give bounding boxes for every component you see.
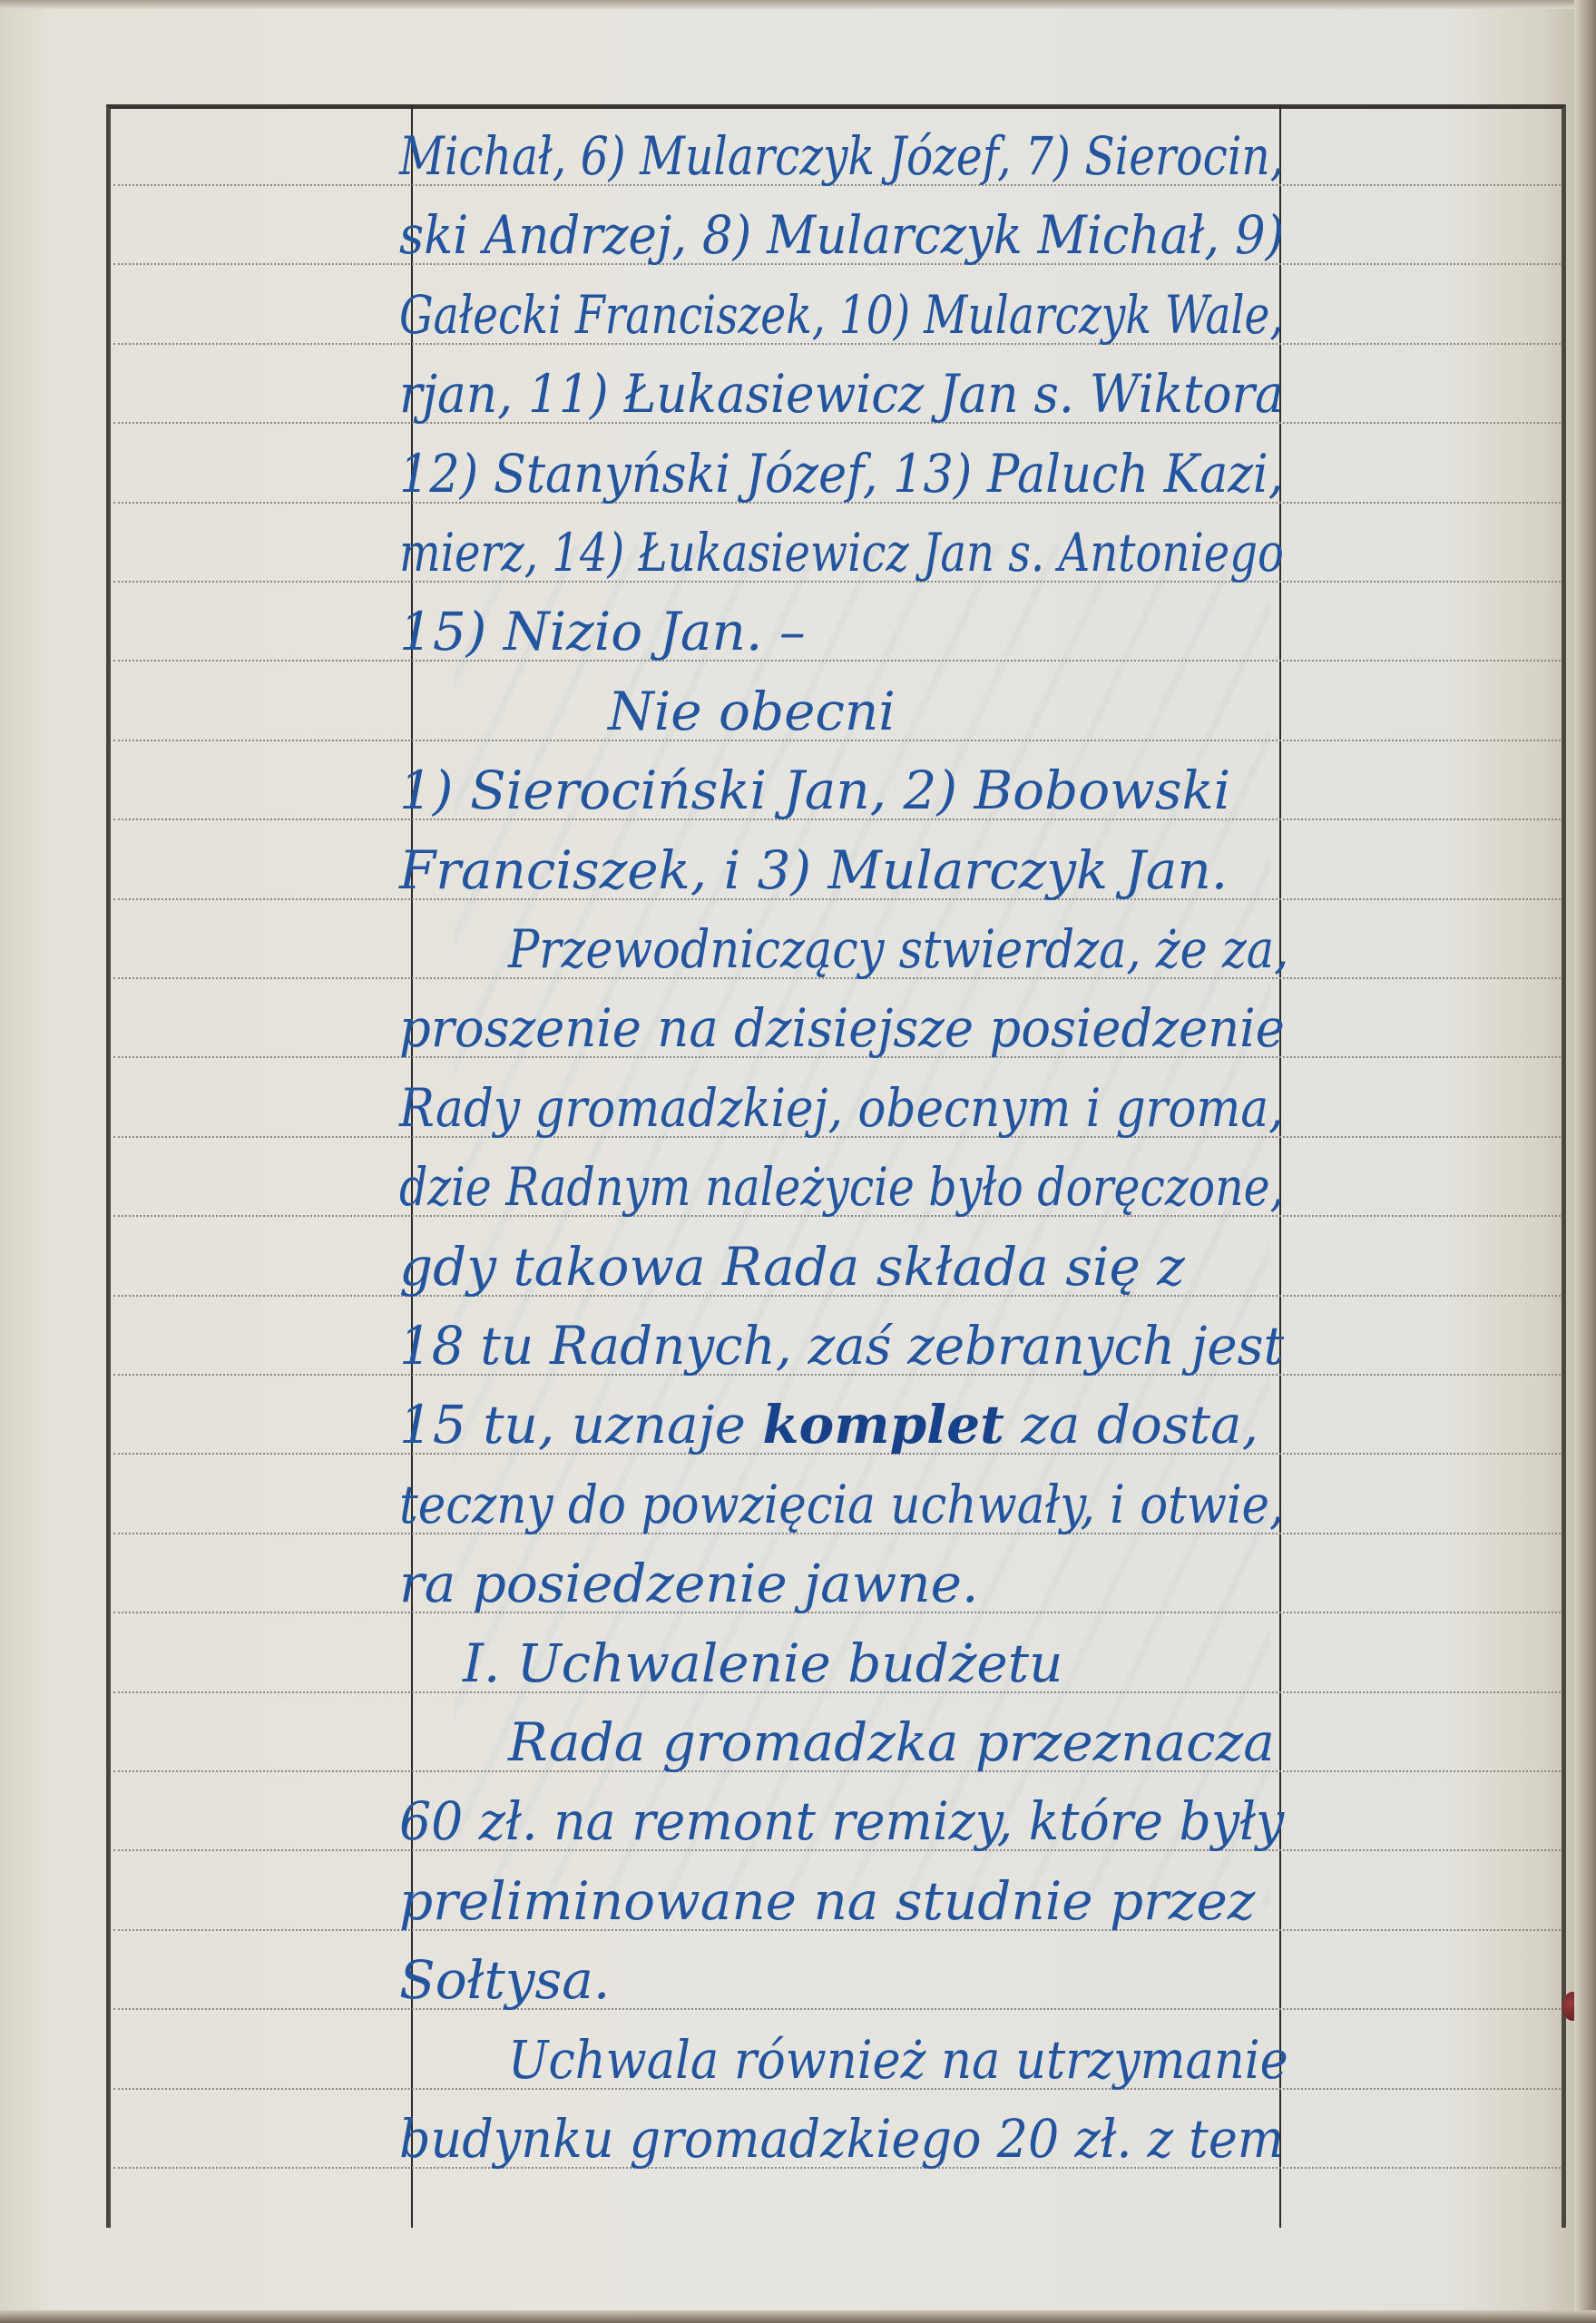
emphasized-word: komplet	[762, 1394, 1004, 1456]
text-line: proszenie na dzisiejsze posiedzenie	[399, 1002, 1285, 1054]
page-right-edge	[1574, 0, 1596, 2323]
text-line-komplet: 15 tu, uznaje komplet za dosta,	[399, 1398, 1258, 1451]
section-heading-absent: Nie obecni	[608, 685, 896, 738]
text-line: 60 zł. na remont remizy, które były	[399, 1795, 1284, 1848]
ledger-page: Michał, 6) Mularczyk Józef, 7) Sierocin,…	[0, 0, 1596, 2323]
text-line: Franciszek, i 3) Mularczyk Jan.	[399, 844, 1228, 897]
text-line: preliminowane na studnie przez	[399, 1875, 1255, 1927]
text-line: Uchwala również na utrzymanie	[508, 2034, 1288, 2086]
text-fragment: 15 tu, uznaje	[399, 1394, 762, 1456]
text-line: dzie Radnym należycie było doręczone,	[399, 1161, 1284, 1213]
text-line: Rady gromadzkiej, obecnym i groma,	[399, 1082, 1284, 1134]
page-bottom-edge	[0, 2310, 1596, 2323]
text-line: mierz, 14) Łukasiewicz Jan s. Antoniego	[399, 526, 1284, 579]
text-line: teczny do powzięcia uchwały, i otwie,	[399, 1478, 1284, 1531]
ruled-line	[113, 660, 1561, 662]
ruled-line	[113, 2008, 1561, 2010]
text-fragment: za dosta,	[1004, 1394, 1258, 1456]
text-line: ra posiedzenie jawne.	[399, 1557, 978, 1610]
text-line: Michał, 6) Mularczyk Józef, 7) Sierocin,	[399, 130, 1284, 182]
text-line: gdy takowa Rada składa się z	[399, 1240, 1185, 1293]
text-line: ski Andrzej, 8) Mularczyk Michał, 9)	[399, 209, 1284, 261]
text-line: 18 tu Radnych, zaś zebranych jest	[399, 1319, 1284, 1372]
text-line: Sołtysa.	[399, 1954, 610, 2006]
text-line: budynku gromadzkiego 20 zł. z tem	[399, 2112, 1284, 2165]
section-heading-budget: I. Uchwalenie budżetu	[463, 1637, 1062, 1690]
text-line: Rada gromadzka przeznacza	[508, 1716, 1275, 1769]
text-line: 15) Nizio Jan. –	[399, 605, 806, 658]
text-line: Gałecki Franciszek, 10) Mularczyk Wale,	[399, 289, 1283, 341]
text-line: 12) Stanyński Józef, 13) Paluch Kazi,	[399, 447, 1283, 500]
text-line: Przewodniczący stwierdza, że za,	[508, 923, 1288, 975]
page-top-edge	[0, 0, 1596, 9]
text-line: rjan, 11) Łukasiewicz Jan s. Wiktora	[399, 368, 1284, 420]
text-line: 1) Sierociński Jan, 2) Bobowski	[399, 764, 1230, 817]
